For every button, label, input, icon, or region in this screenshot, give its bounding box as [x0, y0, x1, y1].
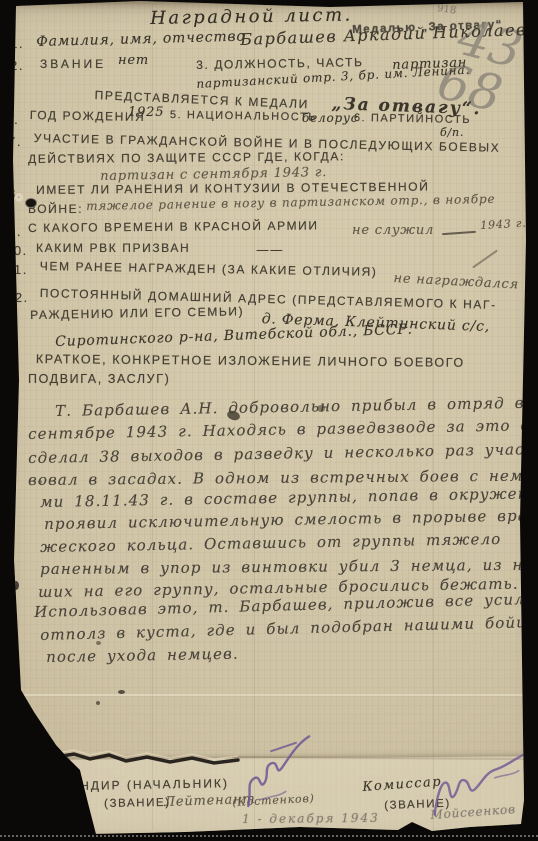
field-4-number: У.	[6, 112, 19, 127]
section-label-2: ПОДВИГА, ЗАСЛУГ)	[28, 372, 170, 386]
scan-background: Наградной лист. Медалью „За отвагу“ 918 …	[0, 0, 538, 841]
section-label-1: КРАТКОЕ, КОНКРЕТНОЕ ИЗЛОЖЕНИЕ ЛИЧНОГО БО…	[36, 352, 465, 370]
field-12-number: 12.	[6, 290, 29, 305]
commander-label: АНДИР (НАЧАЛЬНИК)	[70, 776, 229, 793]
paper-hole	[25, 198, 37, 208]
document-sheet: Наградной лист. Медалью „За отвагу“ 918 …	[0, 0, 538, 841]
document-title: Наградной лист.	[150, 4, 353, 29]
field-5-value: белорус	[302, 111, 358, 125]
narrative-line: после ухода немцев.	[46, 645, 239, 666]
narrative-line: сентябре 1943 г. Находясь в разведвзводе…	[28, 415, 538, 443]
field-11-label: ЧЕМ РАНЕЕ НАГРАЖДЕН (ЗА КАКИЕ ОТЛИЧИЯ)	[40, 259, 378, 279]
field-10-number: 10.	[5, 243, 28, 258]
pen-stroke	[442, 231, 476, 235]
field-12-label-2: РАЖДЕНИЮ ИЛИ ЕГО СЕМЬИ)	[30, 304, 244, 322]
scanner-dot-line	[0, 835, 538, 837]
narrative-line: проявил исключительную смелость в прорыв…	[44, 506, 534, 533]
section-number: I	[10, 348, 17, 371]
crease-line	[254, 4, 255, 831]
field-9-number: 9.	[8, 224, 22, 239]
field-7-label-2: ДЕЙСТВИЯХ ПО ЗАЩИТЕ СССР ГДЕ, КОГДА:	[28, 149, 345, 166]
field-8-value-2: 1943 г.	[480, 217, 527, 232]
speck	[96, 701, 100, 705]
date: 1 - декабря 1943	[242, 811, 380, 826]
presented-label: ПРЕДСТАВЛЯЕТСЯ К МЕДАЛИ	[94, 88, 309, 111]
narrative-line: сделал 38 выходов в разведку и несколько…	[28, 440, 538, 467]
field-11-value: не награждался	[393, 271, 519, 293]
field-10-label: КАКИМ РВК ПРИЗВАН	[36, 241, 190, 255]
field-1-number: 1.	[10, 36, 24, 51]
ink-stain	[317, 405, 325, 412]
field-2-value: нет	[118, 53, 149, 68]
pencil-stroke	[472, 250, 498, 269]
field-6-value: б/п.	[440, 126, 464, 139]
field-5-label: 5. НАЦИОНАЛЬНОСТЬ	[170, 109, 317, 124]
field-9-label: С КАКОГО ВРЕМЕНИ В КРАСНОЙ АРМИИ	[28, 218, 319, 235]
field-12-value-2: Сиротинского р-на, Витебской обл., БССР.	[55, 322, 413, 350]
field-4-value: 1925	[128, 105, 164, 120]
field-9-value: не служил	[352, 223, 434, 238]
torn-flap	[15, 193, 23, 202]
speck	[96, 641, 101, 645]
field-2-label: ЗВАНИЕ	[40, 57, 106, 71]
field-11-number: 11.	[6, 262, 28, 277]
fold-line	[20, 694, 525, 697]
pencil-note: 918	[436, 3, 456, 17]
field-2-number: 2.	[10, 58, 24, 73]
speck	[118, 690, 125, 694]
field-1-label: Фамилия, имя, отчество	[36, 29, 246, 50]
narrative-line: Т. Барбашев А.Н. добровольно прибыл в от…	[55, 394, 525, 420]
commander-rank-label: (ЗВАНИЕ)	[104, 797, 171, 810]
field-6-label: 6. ПАРТИЙНОСТЬ	[354, 112, 471, 126]
tear-crack	[52, 744, 242, 770]
speck	[38, 480, 42, 484]
field-7-number: 7.	[8, 134, 22, 149]
field-10-value: ——	[256, 243, 284, 258]
speck	[13, 581, 19, 590]
